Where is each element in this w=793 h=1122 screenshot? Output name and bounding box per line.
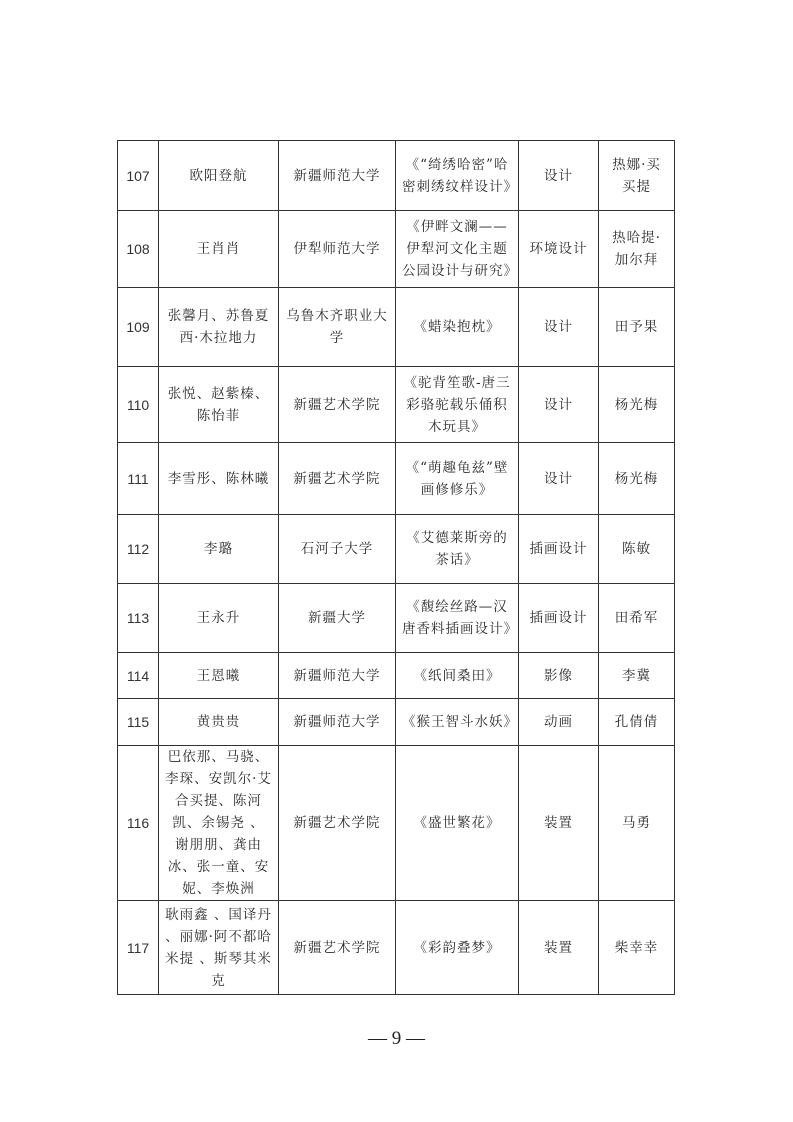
row-number: 112	[118, 515, 159, 584]
work-title: 《猴王智斗水妖》	[396, 699, 519, 746]
row-number: 117	[118, 901, 159, 995]
work-category: 装置	[519, 746, 599, 901]
table-row: 109张馨月、苏鲁夏西·木拉地力乌鲁木齐职业大学《蜡染抱枕》设计田予果	[118, 288, 675, 367]
author-names: 张馨月、苏鲁夏西·木拉地力	[159, 288, 279, 367]
school-name: 新疆师范大学	[279, 653, 396, 699]
row-number: 110	[118, 367, 159, 443]
work-category: 设计	[519, 288, 599, 367]
work-title: 《彩韵叠梦》	[396, 901, 519, 995]
work-title: 《艾德莱斯旁的茶话》	[396, 515, 519, 584]
work-title: 《蜡染抱枕》	[396, 288, 519, 367]
school-name: 新疆师范大学	[279, 699, 396, 746]
table-row: 111李雪彤、陈林曦新疆艺术学院《“萌趣龟兹”壁画修修乐》设计杨光梅	[118, 443, 675, 515]
row-number: 111	[118, 443, 159, 515]
school-name: 乌鲁木齐职业大学	[279, 288, 396, 367]
work-category: 插画设计	[519, 515, 599, 584]
school-name: 新疆师范大学	[279, 141, 396, 211]
table-row: 113王永升新疆大学《馥绘丝路—汉唐香料插画设计》插画设计田希军	[118, 584, 675, 653]
work-category: 设计	[519, 443, 599, 515]
school-name: 新疆大学	[279, 584, 396, 653]
work-title: 《伊畔文澜——伊犁河文化主题公园设计与研究》	[396, 211, 519, 288]
author-names: 李璐	[159, 515, 279, 584]
school-name: 新疆艺术学院	[279, 443, 396, 515]
table-row: 115黄贵贵新疆师范大学《猴王智斗水妖》动画孔倩倩	[118, 699, 675, 746]
author-names: 巴依那、马骁、李琛、安凯尔·艾合买提、陈河凯、余锡尧 、 谢朋朋、龚由冰、张一童…	[159, 746, 279, 901]
advisor-name: 柴幸幸	[599, 901, 675, 995]
author-names: 欧阳登航	[159, 141, 279, 211]
author-names: 王永升	[159, 584, 279, 653]
author-names: 王肖肖	[159, 211, 279, 288]
author-names: 耿雨鑫 、国译丹 、丽娜·阿不都哈米提 、斯琴其米克	[159, 901, 279, 995]
table-row: 116巴依那、马骁、李琛、安凯尔·艾合买提、陈河凯、余锡尧 、 谢朋朋、龚由冰、…	[118, 746, 675, 901]
advisor-name: 田予果	[599, 288, 675, 367]
row-number: 113	[118, 584, 159, 653]
work-title: 《盛世繁花》	[396, 746, 519, 901]
table-row: 114王恩曦新疆师范大学《纸间桑田》影像李冀	[118, 653, 675, 699]
row-number: 114	[118, 653, 159, 699]
row-number: 115	[118, 699, 159, 746]
work-category: 装置	[519, 901, 599, 995]
page-number: — 9 —	[0, 1028, 793, 1050]
author-names: 王恩曦	[159, 653, 279, 699]
advisor-name: 陈敏	[599, 515, 675, 584]
table-row: 110张悦、赵紫榛、陈怡菲新疆艺术学院《驼背笙歌-唐三彩骆驼载乐俑积木玩具》设计…	[118, 367, 675, 443]
awards-table: 107欧阳登航新疆师范大学《“绮绣哈密”哈密刺绣纹样设计》设计热娜·买买提108…	[117, 140, 675, 995]
school-name: 新疆艺术学院	[279, 746, 396, 901]
work-title: 《纸间桑田》	[396, 653, 519, 699]
table-row: 112李璐石河子大学《艾德莱斯旁的茶话》插画设计陈敏	[118, 515, 675, 584]
author-names: 黄贵贵	[159, 699, 279, 746]
work-category: 插画设计	[519, 584, 599, 653]
work-category: 设计	[519, 141, 599, 211]
advisor-name: 热娜·买买提	[599, 141, 675, 211]
school-name: 新疆艺术学院	[279, 367, 396, 443]
advisor-name: 马勇	[599, 746, 675, 901]
author-names: 李雪彤、陈林曦	[159, 443, 279, 515]
school-name: 新疆艺术学院	[279, 901, 396, 995]
row-number: 107	[118, 141, 159, 211]
work-category: 影像	[519, 653, 599, 699]
work-category: 环境设计	[519, 211, 599, 288]
advisor-name: 李冀	[599, 653, 675, 699]
advisor-name: 热哈提·加尔拜	[599, 211, 675, 288]
advisor-name: 孔倩倩	[599, 699, 675, 746]
school-name: 石河子大学	[279, 515, 396, 584]
author-names: 张悦、赵紫榛、陈怡菲	[159, 367, 279, 443]
school-name: 伊犁师范大学	[279, 211, 396, 288]
advisor-name: 杨光梅	[599, 367, 675, 443]
work-title: 《“萌趣龟兹”壁画修修乐》	[396, 443, 519, 515]
table-body: 107欧阳登航新疆师范大学《“绮绣哈密”哈密刺绣纹样设计》设计热娜·买买提108…	[118, 141, 675, 995]
advisor-name: 杨光梅	[599, 443, 675, 515]
work-category: 动画	[519, 699, 599, 746]
row-number: 116	[118, 746, 159, 901]
table-row: 108王肖肖伊犁师范大学《伊畔文澜——伊犁河文化主题公园设计与研究》环境设计热哈…	[118, 211, 675, 288]
work-category: 设计	[519, 367, 599, 443]
row-number: 108	[118, 211, 159, 288]
work-title: 《驼背笙歌-唐三彩骆驼载乐俑积木玩具》	[396, 367, 519, 443]
work-title: 《“绮绣哈密”哈密刺绣纹样设计》	[396, 141, 519, 211]
table-row: 117耿雨鑫 、国译丹 、丽娜·阿不都哈米提 、斯琴其米克新疆艺术学院《彩韵叠梦…	[118, 901, 675, 995]
row-number: 109	[118, 288, 159, 367]
advisor-name: 田希军	[599, 584, 675, 653]
table-row: 107欧阳登航新疆师范大学《“绮绣哈密”哈密刺绣纹样设计》设计热娜·买买提	[118, 141, 675, 211]
work-title: 《馥绘丝路—汉唐香料插画设计》	[396, 584, 519, 653]
